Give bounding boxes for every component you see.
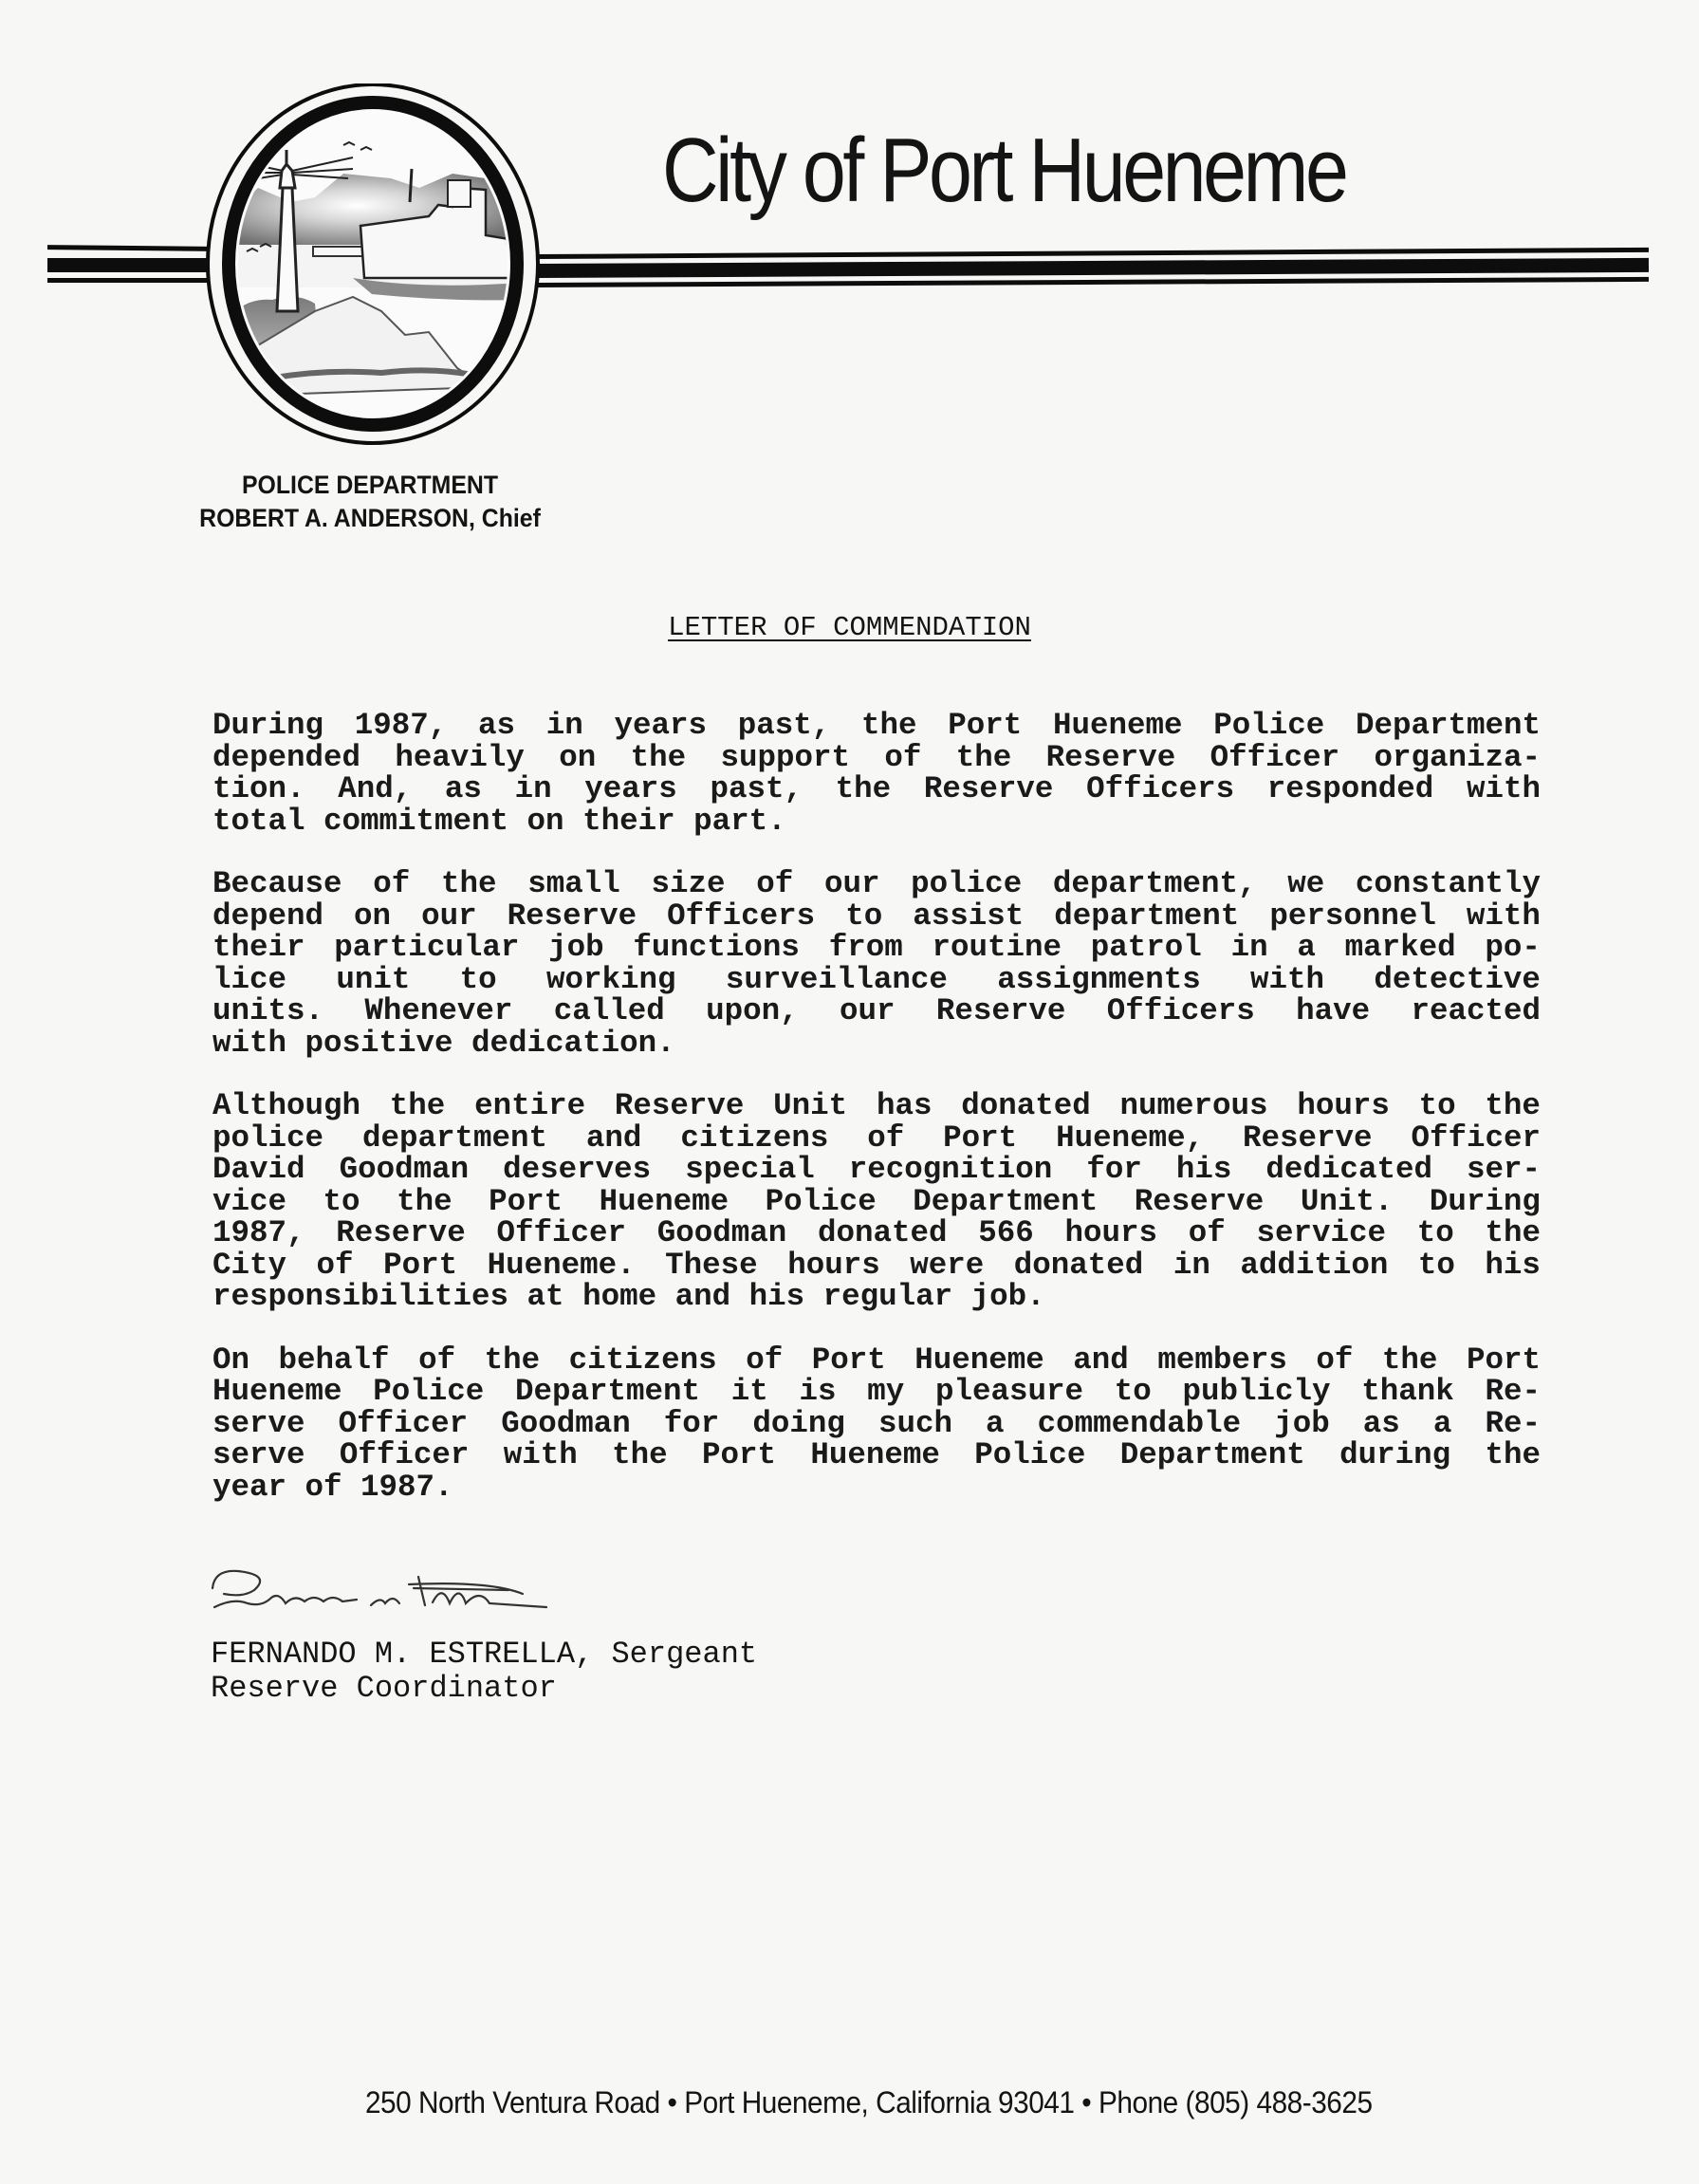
letter-line: CityofPortHueneme.Thesehoursweredonatedi… [212, 1249, 1541, 1282]
letter-line: policedepartmentandcitizensofPortHueneme… [212, 1122, 1541, 1155]
letter-paragraph: Becauseofthesmallsizeofourpolicedepartme… [212, 868, 1541, 1059]
lighthouse-seal-icon [201, 83, 545, 450]
letter-line: DavidGoodmandeservesspecialrecognitionfo… [212, 1154, 1541, 1186]
letter-line: OnbehalfofthecitizensofPortHuenemeandmem… [212, 1344, 1541, 1377]
city-title: City of Port Hueneme [662, 125, 1345, 216]
department-block: POLICE DEPARTMENT ROBERT A. ANDERSON, Ch… [187, 469, 553, 535]
letter-paragraph: During1987,asinyearspast,thePortHuenemeP… [212, 710, 1541, 837]
letter-line: HuenemePoliceDepartmentitismypleasuretop… [212, 1376, 1541, 1408]
footer-address: 250 North Ventura Road • Port Hueneme, C… [0, 2085, 1699, 2120]
footer-address-text: 250 North Ventura Road • Port Hueneme, C… [365, 2085, 1373, 2120]
signer-name: FERNANDO M. ESTRELLA, Sergeant [211, 1638, 757, 1672]
letter-line: theirparticularjobfunctionsfromroutinepa… [212, 932, 1541, 964]
signer-title: Reserve Coordinator [211, 1672, 757, 1706]
letter-line: units.Whenevercalledupon,ourReserveOffic… [212, 995, 1541, 1027]
letter-line: total commitment on their part. [212, 805, 1541, 838]
letter-paragraph: AlthoughtheentireReserveUnithasdonatednu… [212, 1090, 1541, 1313]
letter-line: dependedheavilyonthesupportoftheReserveO… [212, 742, 1541, 774]
letter-line: 1987,ReserveOfficerGoodmandonated566hour… [212, 1217, 1541, 1249]
letter-line: year of 1987. [212, 1471, 1541, 1504]
letter-line: tion.And,asinyearspast,theReserveOfficer… [212, 773, 1541, 805]
letter-line: serveOfficerGoodmanfordoingsuchacommenda… [212, 1408, 1541, 1440]
letter-line: During1987,asinyearspast,thePortHuenemeP… [212, 710, 1541, 742]
letter-page: City of Port Hueneme POLICE DEPARTMENT R… [0, 0, 1699, 2184]
signature-icon [205, 1560, 698, 1615]
letter-line: vicetothePortHuenemePoliceDepartmentRese… [212, 1186, 1541, 1218]
letter-line: dependonourReserveOfficerstoassistdepart… [212, 900, 1541, 933]
letter-paragraph: OnbehalfofthecitizensofPortHuenemeandmem… [212, 1344, 1541, 1504]
letter-line: responsibilities at home and his regular… [212, 1281, 1541, 1313]
letter-heading-text: LETTER OF COMMENDATION [668, 612, 1031, 643]
department-name: POLICE DEPARTMENT [187, 469, 553, 502]
letter-line: serveOfficerwiththePortHuenemePoliceDepa… [212, 1439, 1541, 1471]
letter-line: with positive dedication. [212, 1027, 1541, 1060]
chief-name: ROBERT A. ANDERSON, Chief [187, 502, 553, 535]
letter-line: AlthoughtheentireReserveUnithasdonatednu… [212, 1090, 1541, 1122]
letter-line: Becauseofthesmallsizeofourpolicedepartme… [212, 868, 1541, 900]
signer-block: FERNANDO M. ESTRELLA, Sergeant Reserve C… [211, 1638, 757, 1706]
letter-heading: LETTER OF COMMENDATION [0, 612, 1699, 643]
letter-line: liceunittoworkingsurveillanceassignments… [212, 964, 1541, 996]
letter-body: During1987,asinyearspast,thePortHuenemeP… [212, 710, 1541, 1534]
